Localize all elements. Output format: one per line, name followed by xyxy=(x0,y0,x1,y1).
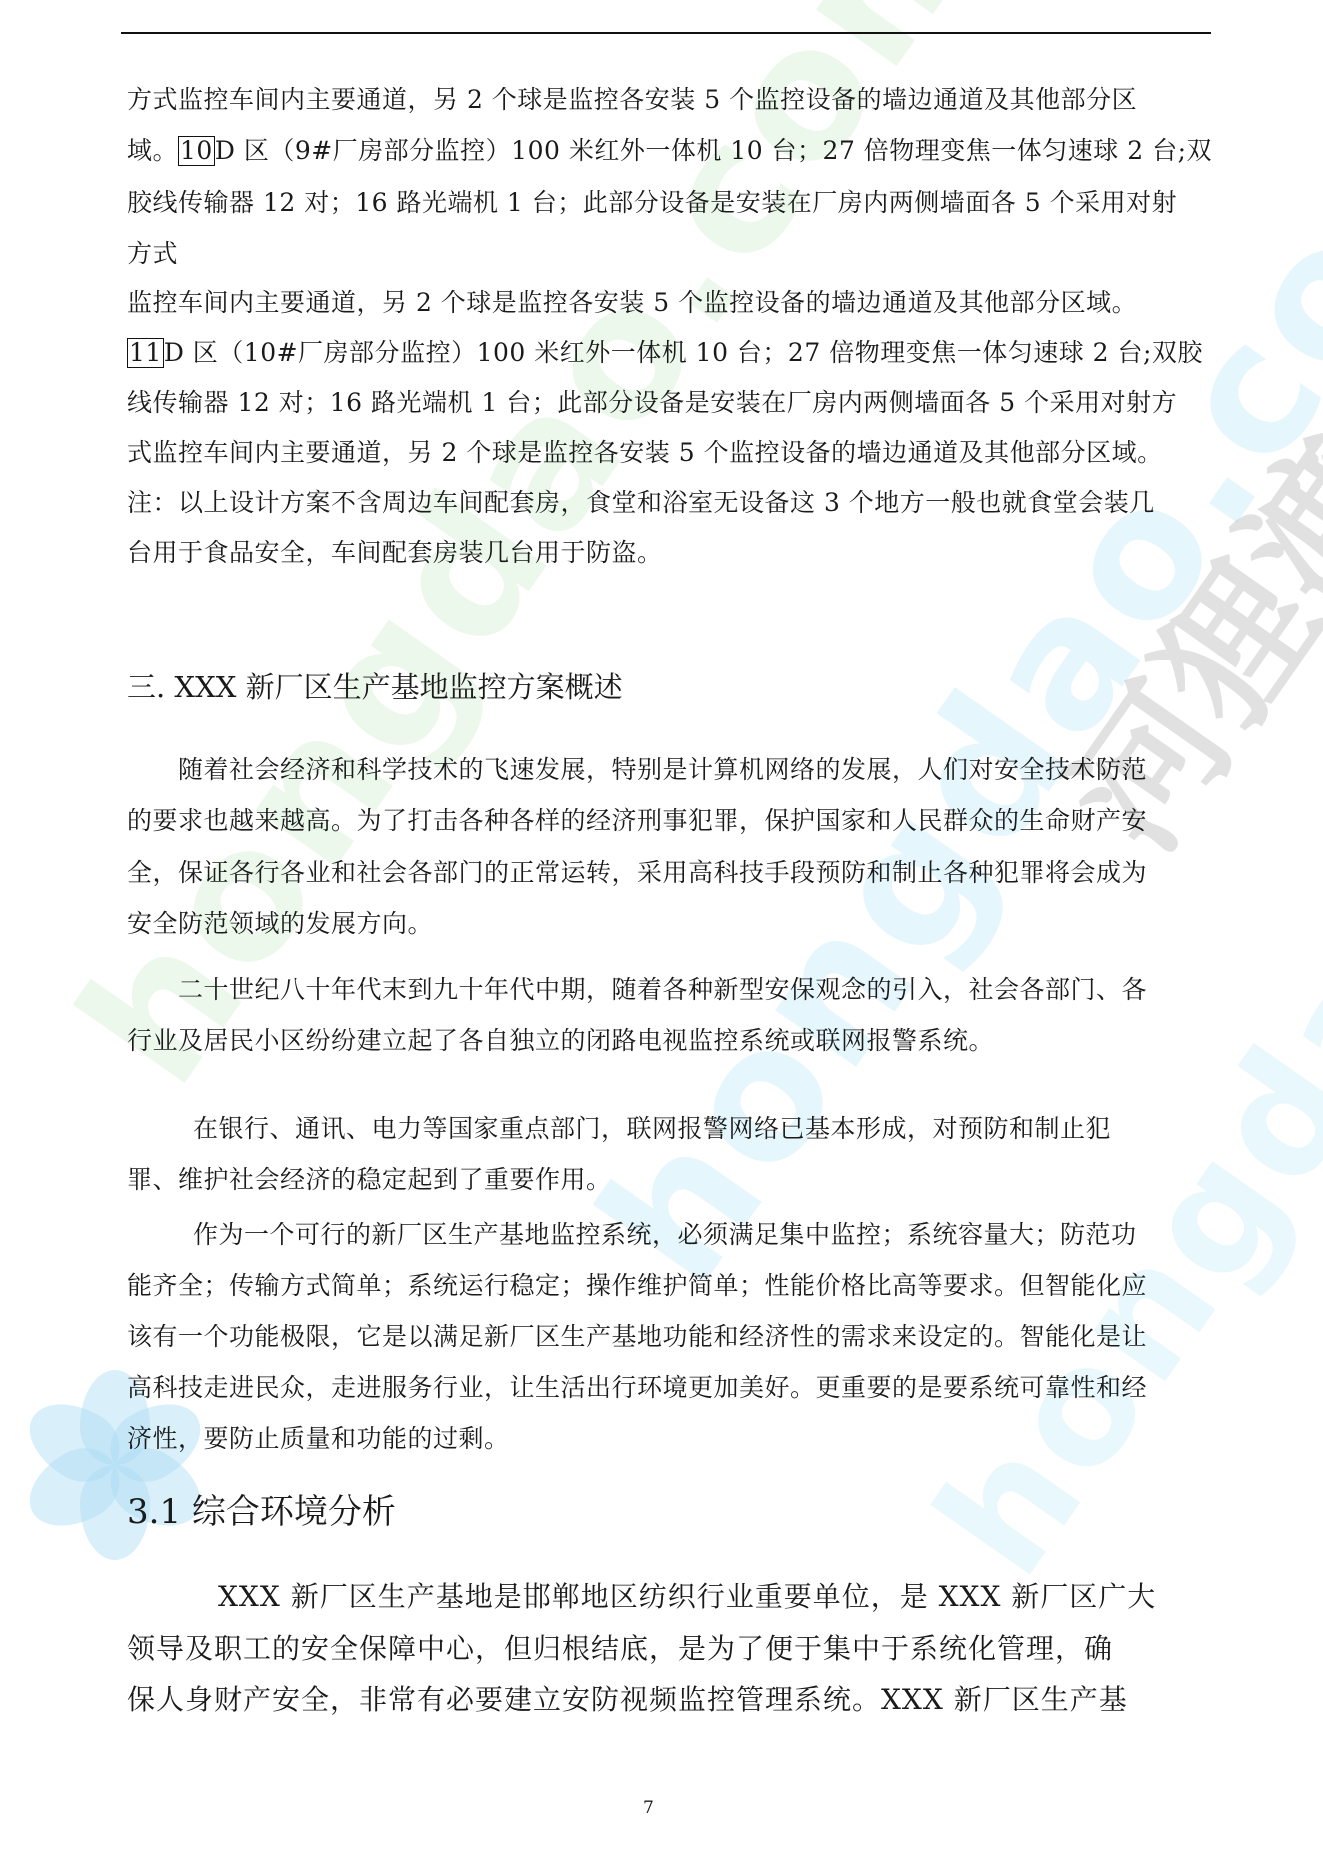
body-line: 在银行、通讯、电力等国家重点部门，联网报警网络已基本形成，对预防和制止犯 xyxy=(193,1114,1111,1144)
body-line: 行业及居民小区纷纷建立起了各自独立的闭路电视监控系统或联网报警系统。 xyxy=(127,1026,994,1056)
body-line: 保人身财产安全，非常有必要建立安防视频监控管理系统。XXX 新厂区生产基 xyxy=(127,1683,1128,1717)
body-line: 能齐全；传输方式简单；系统运行稳定；操作维护简单；性能价格比高等要求。但智能化应 xyxy=(127,1271,1147,1301)
document-page: 方式监控车间内主要通道，另 2 个球是监控各安装 5 个监控设备的墙边通道及其他… xyxy=(0,0,1323,1871)
body-line: 罪、维护社会经济的稳定起到了重要作用。 xyxy=(127,1165,612,1195)
item-10-line: 域。10D 区（9#厂房部分监控）100 米红外一体机 10 台；27 倍物理变… xyxy=(127,136,1212,166)
body-line: 高科技走进民众，走进服务行业，让生活出行环境更加美好。更重要的是要系统可靠性和经 xyxy=(127,1373,1147,1403)
body-line: 该有一个功能极限，它是以满足新厂区生产基地功能和经济性的需求来设定的。智能化是让 xyxy=(127,1322,1147,1352)
body-line: 随着社会经济和科学技术的飞速发展，特别是计算机网络的发展，人们对安全技术防范 xyxy=(178,755,1147,785)
item-number-box: 11 xyxy=(127,338,164,368)
subsection-heading: 3.1 综合环境分析 xyxy=(127,1492,396,1532)
body-line: 全，保证各行各业和社会各部门的正常运转，采用高科技手段预防和制止各种犯罪将会成为 xyxy=(127,858,1147,888)
body-line: 式监控车间内主要通道，另 2 个球是监控各安装 5 个监控设备的墙边通道及其他部… xyxy=(127,438,1163,468)
body-line: 二十世纪八十年代末到九十年代中期，随着各种新型安保观念的引入，社会各部门、各 xyxy=(178,975,1147,1005)
item-number-box: 10 xyxy=(178,136,215,166)
body-line: 线传输器 12 对；16 路光端机 1 台；此部分设备是安装在厂房内两侧墙面各 … xyxy=(127,388,1177,418)
body-line: 安全防范领域的发展方向。 xyxy=(127,909,433,939)
body-line: 方式 xyxy=(127,239,178,269)
body-text: D 区（9#厂房部分监控）100 米红外一体机 10 台；27 倍物理变焦一体匀… xyxy=(215,136,1212,165)
body-line: XXX 新厂区生产基地是邯郸地区纺织行业重要单位，是 XXX 新厂区广大 xyxy=(218,1580,1156,1614)
body-line: 济性，要防止质量和功能的过剩。 xyxy=(127,1424,510,1454)
body-line: 方式监控车间内主要通道，另 2 个球是监控各安装 5 个监控设备的墙边通道及其他… xyxy=(127,85,1137,115)
body-text: D 区（10#厂房部分监控）100 米红外一体机 10 台；27 倍物理变焦一体… xyxy=(164,338,1203,367)
section-heading: 三. XXX 新厂区生产基地监控方案概述 xyxy=(127,669,623,705)
body-text: 域。 xyxy=(127,136,178,165)
note-line: 台用于食品安全，车间配套房装几台用于防盗。 xyxy=(127,538,663,568)
body-line: 领导及职工的安全保障中心，但归根结底，是为了便于集中于系统化管理，确 xyxy=(127,1632,1113,1666)
body-line: 作为一个可行的新厂区生产基地监控系统，必须满足集中监控；系统容量大；防范功 xyxy=(193,1220,1137,1250)
body-line: 的要求也越来越高。为了打击各种各样的经济刑事犯罪，保护国家和人民群众的生命财产安 xyxy=(127,806,1147,836)
note-line: 注：以上设计方案不含周边车间配套房，食堂和浴室无设备这 3 个地方一般也就食堂会… xyxy=(127,488,1155,518)
item-11-line: 11D 区（10#厂房部分监控）100 米红外一体机 10 台；27 倍物理变焦… xyxy=(127,338,1203,368)
header-rule xyxy=(121,32,1211,34)
body-line: 胶线传输器 12 对；16 路光端机 1 台；此部分设备是安装在厂房内两侧墙面各… xyxy=(127,188,1177,218)
page-number: 7 xyxy=(643,1798,654,1818)
body-line: 监控车间内主要通道，另 2 个球是监控各安装 5 个监控设备的墙边通道及其他部分… xyxy=(127,288,1137,318)
